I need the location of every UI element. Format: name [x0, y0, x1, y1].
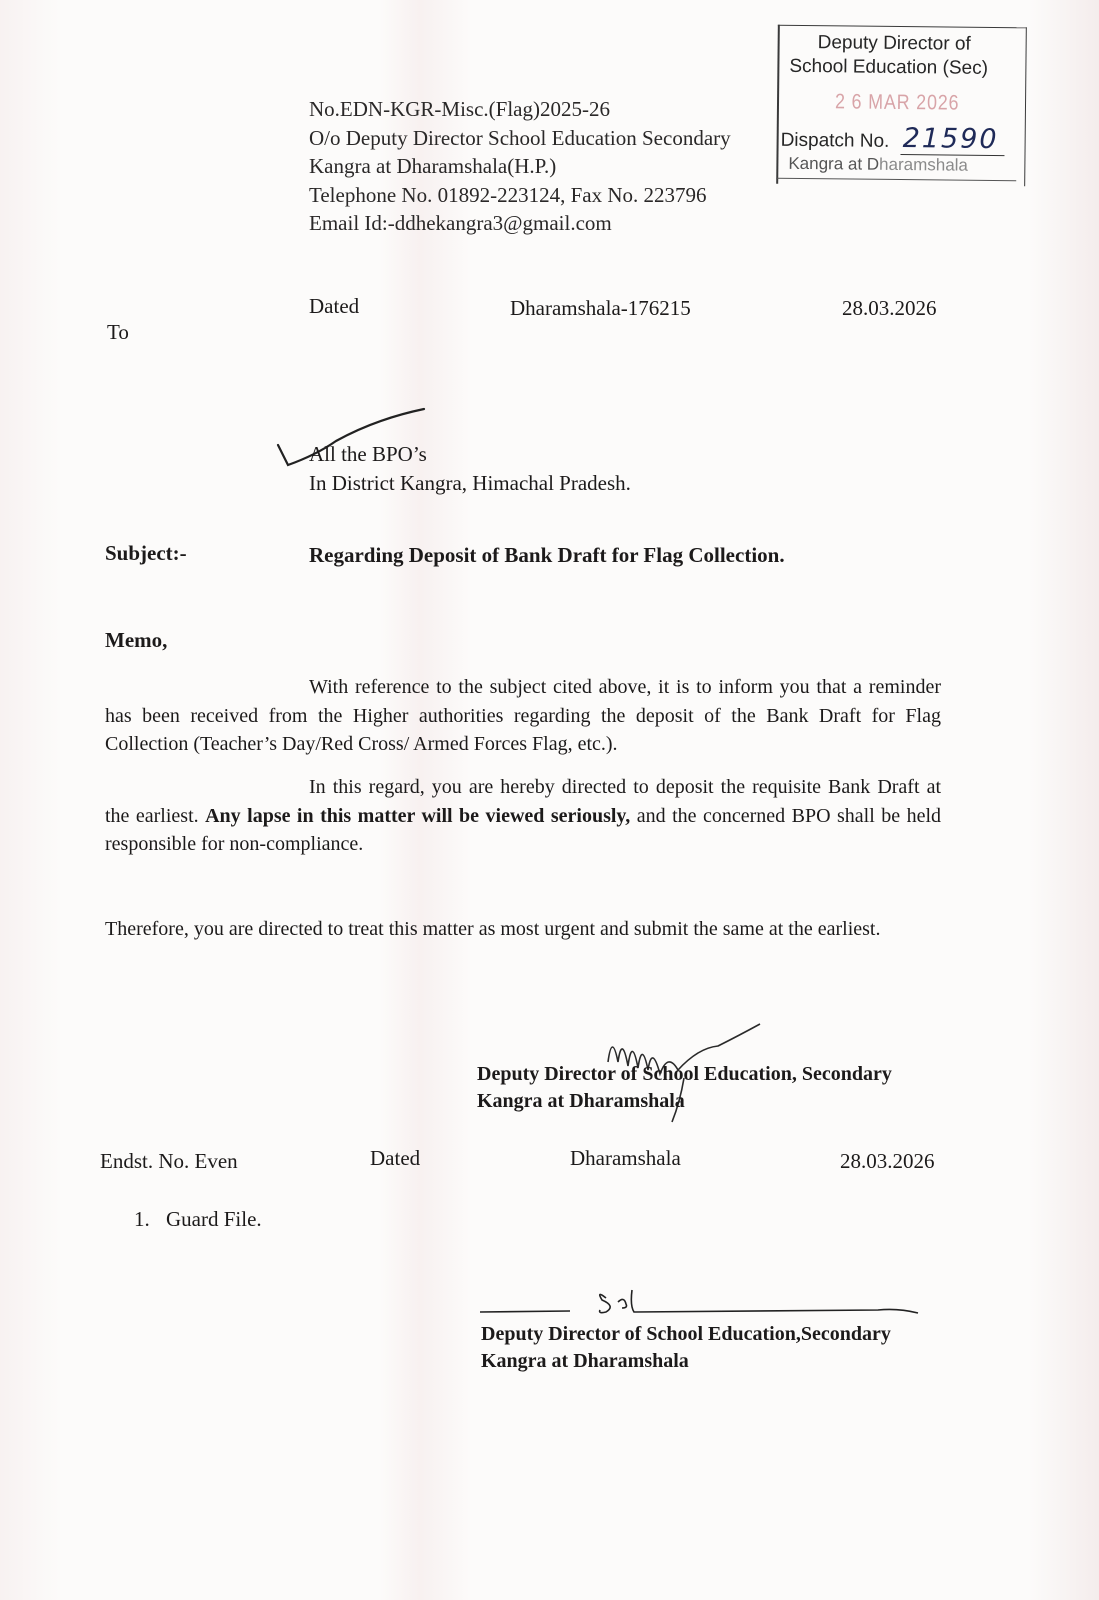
- subject-text: Regarding Deposit of Bank Draft for Flag…: [309, 543, 785, 568]
- dated-place: Dharamshala-176215: [510, 296, 691, 321]
- letter-page: Deputy Director of School Education (Sec…: [0, 0, 1099, 1600]
- memo-paragraph-2: In this regard, you are hereby directed …: [105, 773, 941, 859]
- reference-number: No.EDN-KGR-Misc.(Flag)2025-26: [309, 95, 731, 124]
- memo-paragraph-1: With reference to the subject cited abov…: [105, 673, 941, 759]
- office-location: Kangra at Dharamshala(H.P.): [309, 152, 731, 181]
- signatory-title: Deputy Director of School Education, Sec…: [477, 1061, 892, 1088]
- stamp-title-line1: Deputy Director of: [818, 32, 971, 56]
- endorsement-label: Endst. No. Even: [100, 1149, 238, 1174]
- office-contact: Telephone No. 01892-223124, Fax No. 2237…: [309, 181, 731, 210]
- signature-line-icon: [478, 1288, 928, 1318]
- stamp-date: 2 6 MAR 2026: [835, 90, 960, 115]
- signatory-location: Kangra at Dharamshala: [477, 1088, 892, 1115]
- letter-header: No.EDN-KGR-Misc.(Flag)2025-26 O/o Deputy…: [309, 95, 731, 238]
- memo-salutation: Memo,: [105, 628, 167, 653]
- memo-paragraph-3: Therefore, you are directed to treat thi…: [105, 915, 941, 944]
- paragraph-text: With reference to the subject cited abov…: [105, 676, 941, 755]
- recipient-line1: All the BPO’s: [309, 442, 427, 467]
- endorsement-dated-label: Dated: [370, 1146, 420, 1171]
- stamp-place-part: Kangra at D: [788, 154, 879, 174]
- stamp-dispatch-label: Dispatch No.: [781, 130, 890, 153]
- stamp-place-part: haramshala: [879, 155, 968, 175]
- office-email: Email Id:-ddhekangra3@gmail.com: [309, 209, 731, 238]
- stamp-dispatch-number: 21590: [900, 123, 1004, 156]
- stamp-place: Kangra at Dharamshala: [788, 154, 968, 176]
- subject-label: Subject:-: [105, 541, 187, 566]
- office-name: O/o Deputy Director School Education Sec…: [309, 124, 731, 153]
- paragraph-emphasis: Any lapse in this matter will be viewed …: [205, 805, 630, 827]
- dated-date: 28.03.2026: [842, 296, 937, 321]
- signatory-block-1: Deputy Director of School Education, Sec…: [477, 1061, 892, 1115]
- endorsement-date: 28.03.2026: [840, 1149, 935, 1174]
- signatory-location: Kangra at Dharamshala: [481, 1348, 891, 1375]
- signatory-block-2: Deputy Director of School Education,Seco…: [481, 1321, 891, 1375]
- stamp-title-line2: School Education (Sec): [789, 56, 988, 80]
- signatory-title: Deputy Director of School Education,Seco…: [481, 1321, 891, 1348]
- dispatch-stamp: Deputy Director of School Education (Sec…: [776, 25, 1027, 187]
- copy-item-number: 1.: [134, 1207, 150, 1232]
- dated-label: Dated: [309, 294, 359, 319]
- endorsement-place: Dharamshala: [570, 1146, 681, 1171]
- copy-item-text: Guard File.: [166, 1207, 262, 1232]
- stamp-border: [776, 178, 1016, 182]
- to-label: To: [107, 320, 129, 345]
- recipient-line2: In District Kangra, Himachal Pradesh.: [309, 471, 631, 496]
